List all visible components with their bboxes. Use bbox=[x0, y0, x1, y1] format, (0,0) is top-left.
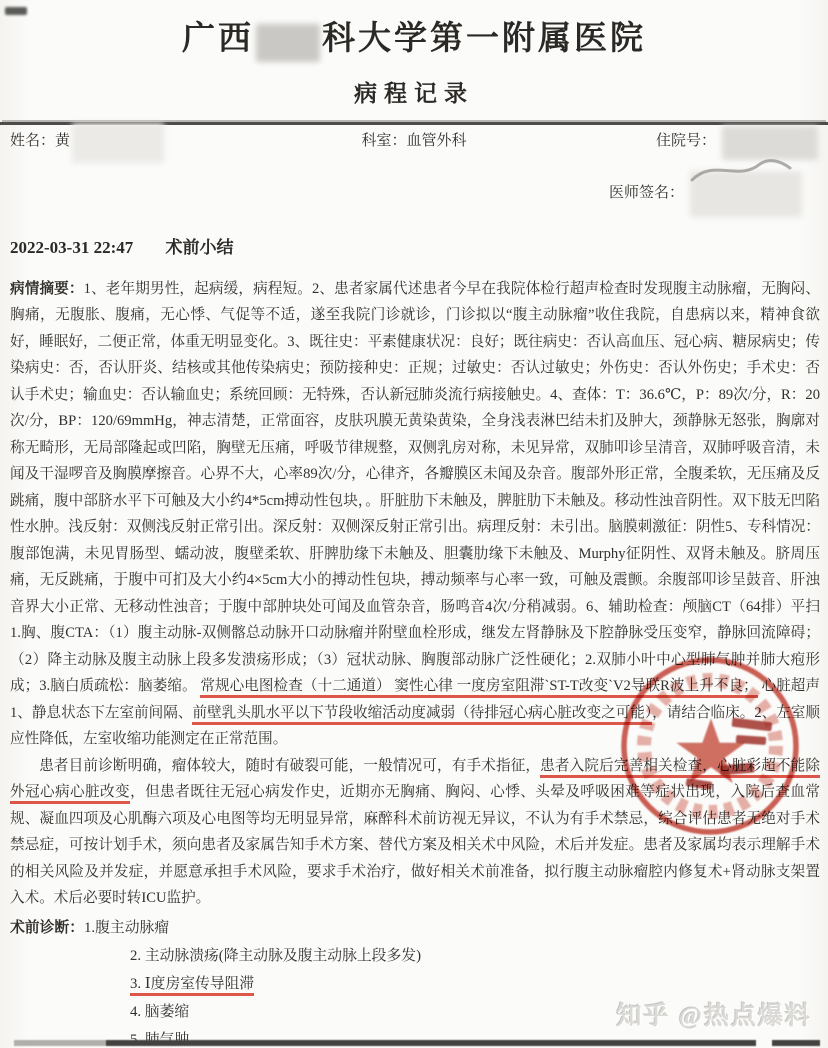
department-field: 科室：血管外科 bbox=[361, 129, 466, 150]
diagnosis-line: 术前诊断：1.腹主动脉瘤 bbox=[10, 914, 818, 942]
physician-signature-row: 医师签名： bbox=[0, 181, 828, 233]
diagnosis-item: 2. 主动脉溃疡(降主动脉及腹主动脉上段多发) bbox=[130, 942, 818, 970]
body-text-segment: 患者目前诊断明确，瘤体较大，随时有破裂可能，一般情况可，有手术指征， bbox=[39, 758, 540, 774]
scan-artifact-mark bbox=[5, 7, 27, 15]
signature-stroke bbox=[686, 152, 796, 188]
department-value: 血管外科 bbox=[407, 133, 467, 149]
hospital-name: 广西科大学第一附属医院 bbox=[0, 0, 828, 59]
patient-name-field: 姓名：黄 bbox=[10, 129, 361, 151]
record-type-title: 术前小结 bbox=[165, 238, 233, 257]
red-underlined-text: 3. Ⅰ度房室传导阻滞 bbox=[130, 976, 254, 996]
department-label: 科室： bbox=[361, 133, 406, 149]
record-datetime-row: 2022-03-31 22:47 术前小结 bbox=[10, 233, 828, 258]
document-title: 病程记录 bbox=[0, 75, 828, 108]
diagnosis-item: 3. Ⅰ度房室传导阻滞 bbox=[130, 970, 818, 998]
diagnosis-item: 1.腹主动脉瘤 bbox=[84, 920, 169, 936]
paragraph-lead: 病情摘要： bbox=[10, 281, 84, 297]
red-underlined-text: 常规心电图检查（十二通道） 窦性心律 一度房室阻滞`ST-T改变`V2导联R波上… bbox=[200, 678, 757, 698]
signature-label: 医师签名： bbox=[609, 185, 684, 201]
hospital-name-prefix: 广西 bbox=[182, 21, 254, 57]
admission-number-field: 住院号： bbox=[467, 129, 818, 150]
patient-info-row: 姓名：黄 科室：血管外科 住院号： bbox=[0, 122, 828, 151]
red-underlined-text: 前壁乳头肌水平以下节段收缩活动度减弱（待排冠心病心脏改变之可能） bbox=[192, 705, 652, 725]
body-text-segment: 1、老年期男性，起病缓，病程短。2、患者家属代述患者今早在我院体检行超声检查时发… bbox=[10, 281, 820, 695]
watermark: 知乎 @热点爆料 bbox=[616, 996, 812, 1032]
body-text-segment: ，但患者既往无冠心病发作史，近期亦无胸痛、胸闷、心悸、头晕及呼吸困难等症状出现，… bbox=[10, 784, 820, 906]
medical-record-page: 广西科大学第一附属医院 病程记录 姓名：黄 科室：血管外科 住院号： 医师签名：… bbox=[0, 0, 828, 1048]
record-datetime: 2022-03-31 22:47 bbox=[10, 238, 133, 257]
hospital-name-suffix: 科大学第一附属医院 bbox=[322, 21, 646, 57]
scan-edge-artifact bbox=[14, 1040, 820, 1046]
diagnosis-label: 术前诊断： bbox=[10, 920, 84, 936]
name-label: 姓名： bbox=[10, 133, 55, 149]
record-body: 病情摘要：1、老年期男性，起病缓，病程短。2、患者家属代述患者今早在我院体检行超… bbox=[0, 276, 828, 912]
redacted-hospital-name bbox=[256, 24, 320, 62]
body-paragraph: 患者目前诊断明确，瘤体较大，随时有破裂可能，一般情况可，有手术指征，患者入院后完… bbox=[10, 753, 820, 912]
admission-label: 住院号： bbox=[656, 133, 716, 149]
body-paragraph: 病情摘要：1、老年期男性，起病缓，病程短。2、患者家属代述患者今早在我院体检行超… bbox=[10, 276, 820, 753]
name-value: 黄 bbox=[55, 133, 70, 149]
redacted-patient-name bbox=[72, 123, 164, 163]
